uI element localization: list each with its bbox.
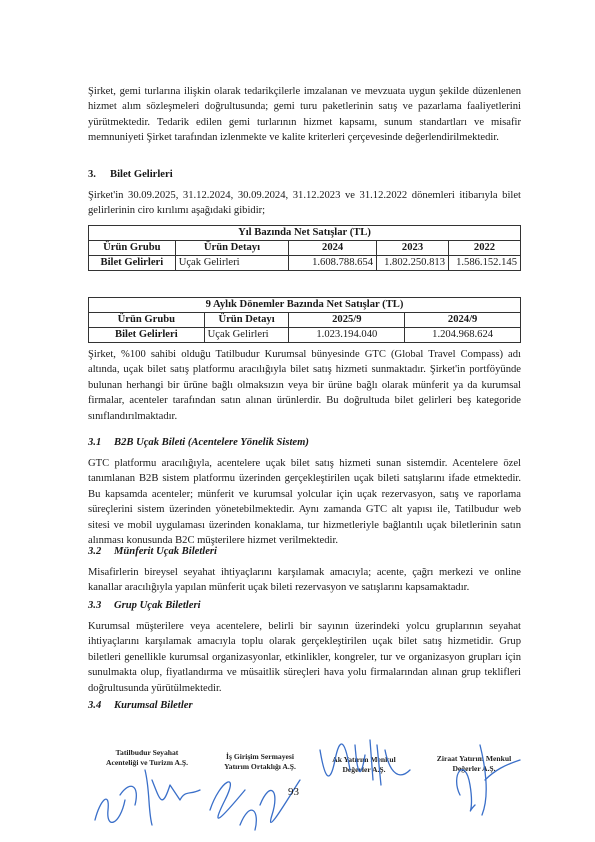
table-title: 9 Aylık Dönemler Bazında Net Satışlar (T… <box>89 298 521 313</box>
cell-value: 1.802.250.813 <box>377 256 449 271</box>
signature-scribble-icon <box>90 740 210 830</box>
column-header: Ürün Detayı <box>175 241 288 256</box>
subsection-3-3-text: Kurumsal müşterilere veya acentelere, be… <box>88 619 521 696</box>
section-3-intro: Şirket'in 30.09.2025, 31.12.2024, 30.09.… <box>88 188 521 219</box>
subsection-number: 3.3 <box>88 599 114 613</box>
column-header: Ürün Detayı <box>204 313 289 328</box>
table-title: Yıl Bazında Net Satışlar (TL) <box>89 226 521 241</box>
cell-product-detail: Uçak Gelirleri <box>175 256 288 271</box>
cell-product-group: Bilet Gelirleri <box>89 256 176 271</box>
column-header: 2024 <box>289 241 377 256</box>
cell-product-group: Bilet Gelirleri <box>89 328 205 343</box>
subsection-title: Grup Uçak Biletleri <box>114 600 201 611</box>
nine-month-sales-table: 9 Aylık Dönemler Bazında Net Satışlar (T… <box>88 297 521 343</box>
subsection-title: Kurumsal Biletler <box>114 700 193 711</box>
page-number: 93 <box>288 786 299 798</box>
signature-scribble-icon <box>315 730 425 800</box>
column-header: 2025/9 <box>289 313 405 328</box>
subsection-title: B2B Uçak Bileti (Acentelere Yönelik Sist… <box>114 437 309 448</box>
cell-value: 1.023.194.040 <box>289 328 405 343</box>
annual-sales-table: Yıl Bazında Net Satışlar (TL) Ürün Grubu… <box>88 225 521 271</box>
gtc-paragraph: Şirket, %100 sahibi olduğu Tatilbudur Ku… <box>88 347 521 424</box>
section-number: 3. <box>88 168 110 182</box>
table-row: Bilet Gelirleri Uçak Gelirleri 1.023.194… <box>89 328 521 343</box>
cell-product-detail: Uçak Gelirleri <box>204 328 289 343</box>
document-page: Şirket, gemi turlarına ilişkin olarak te… <box>0 0 595 842</box>
cell-value: 1.608.788.654 <box>289 256 377 271</box>
column-header: Ürün Grubu <box>89 313 205 328</box>
cell-value: 1.586.152.145 <box>449 256 521 271</box>
intro-paragraph: Şirket, gemi turlarına ilişkin olarak te… <box>88 84 521 146</box>
subsection-3-3-heading: 3.3Grup Uçak Biletleri <box>88 599 201 613</box>
subsection-number: 3.2 <box>88 545 114 559</box>
column-header: 2024/9 <box>405 313 521 328</box>
subsection-3-2-text: Misafirlerin bireysel seyahat ihtiyaçlar… <box>88 565 521 596</box>
subsection-3-4-heading: 3.4Kurumsal Biletler <box>88 699 193 713</box>
section-title: Bilet Gelirleri <box>110 169 173 180</box>
subsection-3-2-heading: 3.2Münferit Uçak Biletleri <box>88 545 217 559</box>
subsection-3-1-text: GTC platformu aracılığıyla, acentelere u… <box>88 456 521 548</box>
column-header: 2022 <box>449 241 521 256</box>
cell-value: 1.204.968.624 <box>405 328 521 343</box>
subsection-3-1-heading: 3.1B2B Uçak Bileti (Acentelere Yönelik S… <box>88 436 309 450</box>
column-header: 2023 <box>377 241 449 256</box>
table-row: Bilet Gelirleri Uçak Gelirleri 1.608.788… <box>89 256 521 271</box>
signature-scribble-icon <box>440 735 530 820</box>
subsection-number: 3.4 <box>88 699 114 713</box>
column-header: Ürün Grubu <box>89 241 176 256</box>
subsection-title: Münferit Uçak Biletleri <box>114 546 217 557</box>
section-3-heading: 3.Bilet Gelirleri <box>88 168 173 182</box>
subsection-number: 3.1 <box>88 436 114 450</box>
